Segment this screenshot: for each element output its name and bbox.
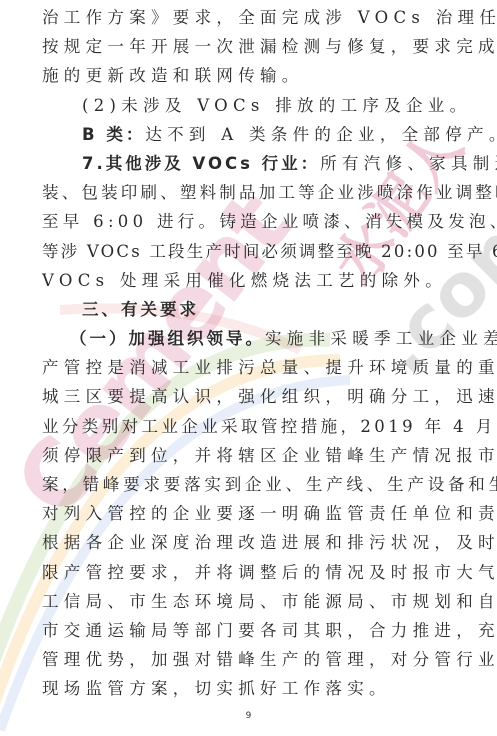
class-b-text: 达不到 A 类条件的企业，全部停产。 xyxy=(145,125,497,144)
text-line: 至早 6:00 进行。铸造企业喷漆、消失模及发泡、铁模覆砂 xyxy=(42,207,458,236)
text-line: 案，错峰要求要落实到企业、生产线、生产设备和生产时段， xyxy=(42,470,458,499)
text-line: 等涉 VOCs 工段生产时间必须调整至晚 20:00 至早 6:00 进行。 xyxy=(42,237,458,266)
text-line: 业分类别对工业企业采取管控措施，2019 年 4 月 20 日前必 xyxy=(42,412,458,441)
class-b-label: B 类： xyxy=(82,125,145,144)
text-line: 装、包装印刷、塑料制品加工等企业涉喷涂作业调整晚 20:00 xyxy=(42,178,458,207)
text-line: VOCs 处理采用催化燃烧法工艺的除外。 xyxy=(42,266,458,295)
text-line: 市交通运输局等部门要各司其职，合力推进，充分发挥行业 xyxy=(42,616,458,645)
section-7-first-text: 所有汽修、家具制造、工业涂 xyxy=(320,154,497,173)
text-line: 管理优势，加强对错峰生产的管理，对分管行业逐行业制定 xyxy=(42,645,458,674)
page-number: 9 xyxy=(0,711,497,721)
text-line: 城三区要提高认识，强化组织，明确分工，迅速部署，分行 xyxy=(42,382,458,411)
text-line: 工信局、市生态环境局、市能源局、市规划和自然资源局、 xyxy=(42,587,458,616)
text-line: 治工作方案》要求，全面完成涉 VOCs 治理任务并通过验收， xyxy=(42,3,458,32)
text-line: 按规定一年开展一次泄漏检测与修复，要求完成在线监测设 xyxy=(42,32,458,61)
text-line: 须停限产到位，并将辖区企业错峰生产情况报市大气办备 xyxy=(42,441,458,470)
section-7-paragraph: 7.其他涉及 VOCs 行业：所有汽修、家具制造、工业涂 xyxy=(42,149,458,178)
subsection-1-label: （一）加强组织领导。 xyxy=(70,329,265,348)
text-line: 对列入管控的企业要逐一明确监管责任单位和责任人值守。 xyxy=(42,499,458,528)
text-line: 限产管控要求，并将调整后的情况及时报市大气办备案。市 xyxy=(42,558,458,587)
document-page: Cement 水泥人 .com 治工作方案》要求，全面完成涉 VOCs 治理任务… xyxy=(0,0,497,736)
document-body: 治工作方案》要求，全面完成涉 VOCs 治理任务并通过验收， 按规定一年开展一次… xyxy=(42,3,458,704)
subsection-1-first-text: 实施非采暖季工业企业差别化生 xyxy=(265,329,497,348)
class-b-paragraph: B 类：达不到 A 类条件的企业，全部停产。 xyxy=(42,120,458,149)
list-item-2: (2)未涉及 VOCs 排放的工序及企业。 xyxy=(42,91,458,120)
text-line: 产管控是消减工业排污总量、提升环境质量的重要措施，一 xyxy=(42,353,458,382)
section-7-label: 7.其他涉及 VOCs 行业： xyxy=(82,154,320,173)
text-line: 现场监管方案，切实抓好工作落实。 xyxy=(42,674,458,703)
text-line: 根据各企业深度治理改造进展和排污状况，及时调整错峰停 xyxy=(42,528,458,557)
section-heading-3: 三、有关要求 xyxy=(42,295,458,324)
text-line: 施的更新改造和联网传输。 xyxy=(42,61,458,90)
subsection-1-paragraph: （一）加强组织领导。实施非采暖季工业企业差别化生 xyxy=(42,324,458,353)
